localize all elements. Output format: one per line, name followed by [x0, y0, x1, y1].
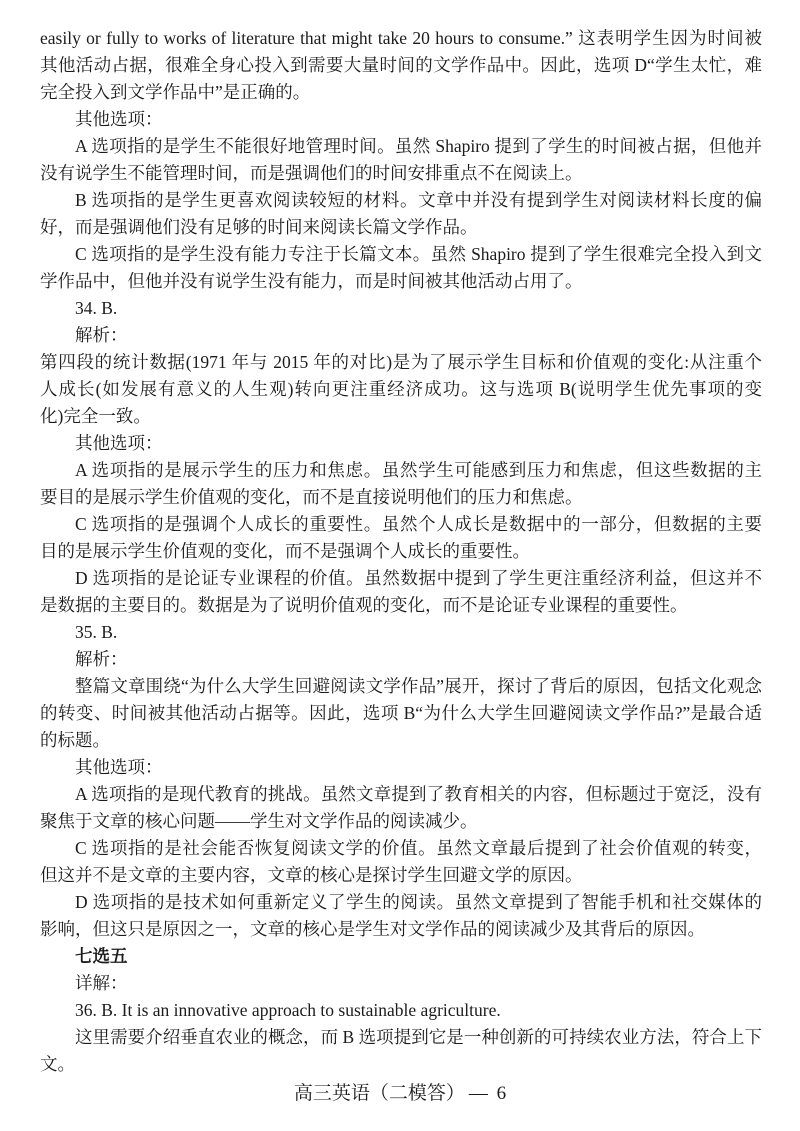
- text-line: 没有说学生不能管理时间，而是强调他们的时间安排重点不在阅读上。: [40, 160, 762, 187]
- document-body: easily or fully to works of literature t…: [40, 25, 762, 1078]
- page-number: 6: [495, 1083, 509, 1104]
- footer-label: 高三英语（二模答）: [292, 1083, 467, 1104]
- text-line: 的转变、时间被其他活动占据等。因此，选项 B“为什么大学生回避阅读文学作品?”是…: [40, 700, 762, 727]
- text-line: C 选项指的是社会能否恢复阅读文学的价值。虽然文章最后提到了社会价值观的转变，: [40, 835, 762, 862]
- text-line: 解析：: [40, 646, 762, 673]
- text-line: C 选项指的是强调个人成长的重要性。虽然个人成长是数据中的一部分，但数据的主要: [40, 511, 762, 538]
- text-line: 目的是展示学生价值观的变化，而不是强调个人成长的重要性。: [40, 538, 762, 565]
- text-line: 这里需要介绍垂直农业的概念，而 B 选项提到它是一种创新的可持续农业方法，符合上…: [40, 1024, 762, 1051]
- text-line: 整篇文章围绕“为什么大学生回避阅读文学作品”展开，探讨了背后的原因，包括文化观念: [40, 673, 762, 700]
- text-line: A 选项指的是现代教育的挑战。虽然文章提到了教育相关的内容，但标题过于宽泛，没有: [40, 781, 762, 808]
- text-line: D 选项指的是技术如何重新定义了学生的阅读。虽然文章提到了智能手机和社交媒体的: [40, 889, 762, 916]
- text-line: 影响，但这只是原因之一，文章的核心是学生对文学作品的阅读减少及其背后的原因。: [40, 916, 762, 943]
- text-line: 其他活动占据，很难全身心投入到需要大量时间的文学作品中。因此，选项 D“学生太忙…: [40, 52, 762, 79]
- text-line: 完全投入到文学作品中”是正确的。: [40, 79, 762, 106]
- text-line: 人成长(如发展有意义的人生观)转向更注重经济成功。这与选项 B(说明学生优先事项…: [40, 376, 762, 403]
- text-line: 解析：: [40, 322, 762, 349]
- text-line: 详解：: [40, 970, 762, 997]
- text-line: 好，而是强调他们没有足够的时间来阅读长篇文学作品。: [40, 214, 762, 241]
- text-line: 36. B. It is an innovative approach to s…: [40, 997, 762, 1024]
- text-line: 文。: [40, 1051, 762, 1078]
- document-page: easily or fully to works of literature t…: [0, 0, 800, 1131]
- text-line: 第四段的统计数据(1971 年与 2015 年的对比)是为了展示学生目标和价值观…: [40, 349, 762, 376]
- text-line: 其他选项：: [40, 430, 762, 457]
- footer-separator: —: [467, 1083, 490, 1104]
- text-line: 聚焦于文章的核心问题——学生对文学作品的阅读减少。: [40, 808, 762, 835]
- text-line: 34. B.: [40, 295, 762, 322]
- text-line: 七选五: [40, 943, 762, 970]
- text-line: B 选项指的是学生更喜欢阅读较短的材料。文章中并没有提到学生对阅读材料长度的偏: [40, 187, 762, 214]
- text-line: 要目的是展示学生价值观的变化，而不是直接说明他们的压力和焦虑。: [40, 484, 762, 511]
- text-line: 其他选项：: [40, 754, 762, 781]
- text-line: D 选项指的是论证专业课程的价值。虽然数据中提到了学生更注重经济利益，但这并不: [40, 565, 762, 592]
- text-line: A 选项指的是学生不能很好地管理时间。虽然 Shapiro 提到了学生的时间被占…: [40, 133, 762, 160]
- text-line: 的标题。: [40, 727, 762, 754]
- text-line: C 选项指的是学生没有能力专注于长篇文本。虽然 Shapiro 提到了学生很难完…: [40, 241, 762, 268]
- text-line: A 选项指的是展示学生的压力和焦虑。虽然学生可能感到压力和焦虑，但这些数据的主: [40, 457, 762, 484]
- text-line: 化)完全一致。: [40, 403, 762, 430]
- text-line: 其他选项：: [40, 106, 762, 133]
- text-line: 但这并不是文章的主要内容，文章的核心是探讨学生回避文学的原因。: [40, 862, 762, 889]
- text-line: 是数据的主要目的。数据是为了说明价值观的变化，而不是论证专业课程的重要性。: [40, 592, 762, 619]
- text-line: 35. B.: [40, 619, 762, 646]
- text-line: easily or fully to works of literature t…: [40, 25, 762, 52]
- text-line: 学作品中，但他并没有说学生没有能力，而是时间被其他活动占用了。: [40, 268, 762, 295]
- page-footer: 高三英语（二模答）— 6: [0, 1082, 800, 1106]
